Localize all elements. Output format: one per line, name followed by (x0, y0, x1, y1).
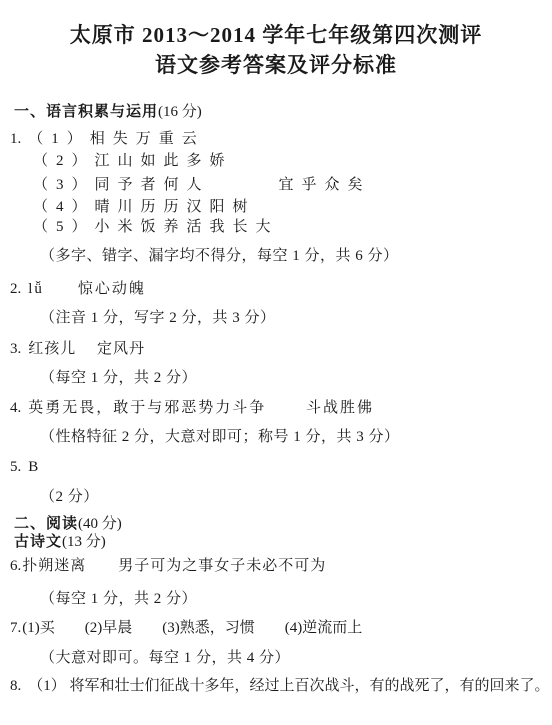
q6-answer: 扑朔迷离 男子可为之事女子未必不可为 (22, 558, 326, 574)
q3-note-line: （每空 1 分，共 2 分） (40, 368, 197, 388)
q5-note-line: （2 分） (40, 487, 99, 507)
q5-line: 5.B (10, 457, 38, 477)
q3-answer: 红孩儿 定风丹 (28, 341, 145, 357)
section2-heading-text: 二、阅读 (14, 516, 78, 532)
q1-answer-line-3: （3）同予者何人 宜乎众矣 (33, 175, 371, 195)
q1-answer-4: （4）晴川历历汉阳树 (33, 199, 256, 215)
q1-note-line: （多字、错字、漏字均不得分，每空 1 分，共 6 分） (40, 246, 399, 266)
q2-line: 2.lǚ 惊心动魄 (10, 279, 146, 299)
q2-note-line: （注音 1 分，写字 2 分，共 3 分） (40, 308, 276, 328)
q1-answer-line-4: （4）晴川历历汉阳树 (33, 197, 256, 217)
title-line-2: 语文参考答案及评分标准 (0, 50, 552, 80)
q8-answer: （1） 将军和壮士们征战十多年，经过上百次战斗，有的战死了，有的回来了。 (28, 678, 549, 694)
q7-answer: (1)买 (2)早晨 (3)熟悉，习惯 (4)逆流而上 (22, 620, 362, 636)
q3-line: 3.红孩儿 定风丹 (10, 339, 145, 359)
q2-answer: lǚ 惊心动魄 (28, 281, 146, 297)
q2-label: 2. (10, 281, 21, 297)
q7-note: （大意对即可。每空 1 分，共 4 分） (40, 650, 290, 666)
q6-line: 6.扑朔迷离 男子可为之事女子未必不可为 (10, 556, 326, 576)
q1-note: （多字、错字、漏字均不得分，每空 1 分，共 6 分） (40, 248, 399, 264)
q7-note-line: （大意对即可。每空 1 分，共 4 分） (40, 648, 290, 668)
q1-answer-line-5: （5）小米饭养活我长大 (33, 217, 279, 237)
section2-subheading: 古诗文(13 分) (14, 532, 106, 552)
q5-note: （2 分） (40, 489, 99, 505)
q7-label: 7. (10, 620, 21, 636)
q4-answer: 英勇无畏，敢于与邪恶势力斗争 斗战胜佛 (28, 400, 374, 416)
q6-note: （每空 1 分，共 2 分） (40, 591, 197, 607)
q1-answer-3: （3）同予者何人 宜乎众矣 (33, 177, 371, 193)
q5-label: 5. (10, 459, 21, 475)
q7-line: 7.(1)买 (2)早晨 (3)熟悉，习惯 (4)逆流而上 (10, 618, 362, 638)
q3-note: （每空 1 分，共 2 分） (40, 370, 197, 386)
q1-line: 1.（1）相失万重云 (10, 129, 205, 149)
q8-line: 8.（1） 将军和壮士们征战十多年，经过上百次战斗，有的战死了，有的回来了。 (10, 676, 550, 696)
q3-label: 3. (10, 341, 21, 357)
section1-heading-score: (16 分) (158, 104, 202, 120)
section2-subheading-score: (13 分) (62, 534, 106, 550)
q6-note-line: （每空 1 分，共 2 分） (40, 589, 197, 609)
document-title: 太原市 2013～2014 学年七年级第四次测评 语文参考答案及评分标准 (0, 20, 552, 80)
q1-label: 1. (10, 131, 21, 147)
q2-note: （注音 1 分，写字 2 分，共 3 分） (40, 310, 276, 326)
q1-answer-line-2: （2）江山如此多娇 (33, 151, 233, 171)
q1-answer-2: （2）江山如此多娇 (33, 153, 233, 169)
q8-label: 8. (10, 678, 21, 694)
section2-heading-score: (40 分) (78, 516, 122, 532)
q5-answer: B (28, 459, 38, 475)
q4-line: 4.英勇无畏，敢于与邪恶势力斗争 斗战胜佛 (10, 398, 374, 418)
section2-heading: 二、阅读(40 分) (14, 514, 122, 534)
section1-heading-text: 一、语言积累与运用 (14, 104, 158, 120)
q4-note-line: （性格特征 2 分，大意对即可；称号 1 分，共 3 分） (40, 427, 400, 447)
section1-heading: 一、语言积累与运用(16 分) (14, 102, 202, 122)
q4-note: （性格特征 2 分，大意对即可；称号 1 分，共 3 分） (40, 429, 400, 445)
q1-answer-1: （1）相失万重云 (28, 131, 205, 147)
document-page: 太原市 2013～2014 学年七年级第四次测评 语文参考答案及评分标准 一、语… (0, 0, 552, 725)
q6-label: 6. (10, 558, 21, 574)
title-line-1: 太原市 2013～2014 学年七年级第四次测评 (0, 20, 552, 50)
q4-label: 4. (10, 400, 21, 416)
q1-answer-5: （5）小米饭养活我长大 (33, 219, 279, 235)
section2-subheading-text: 古诗文 (14, 534, 62, 550)
